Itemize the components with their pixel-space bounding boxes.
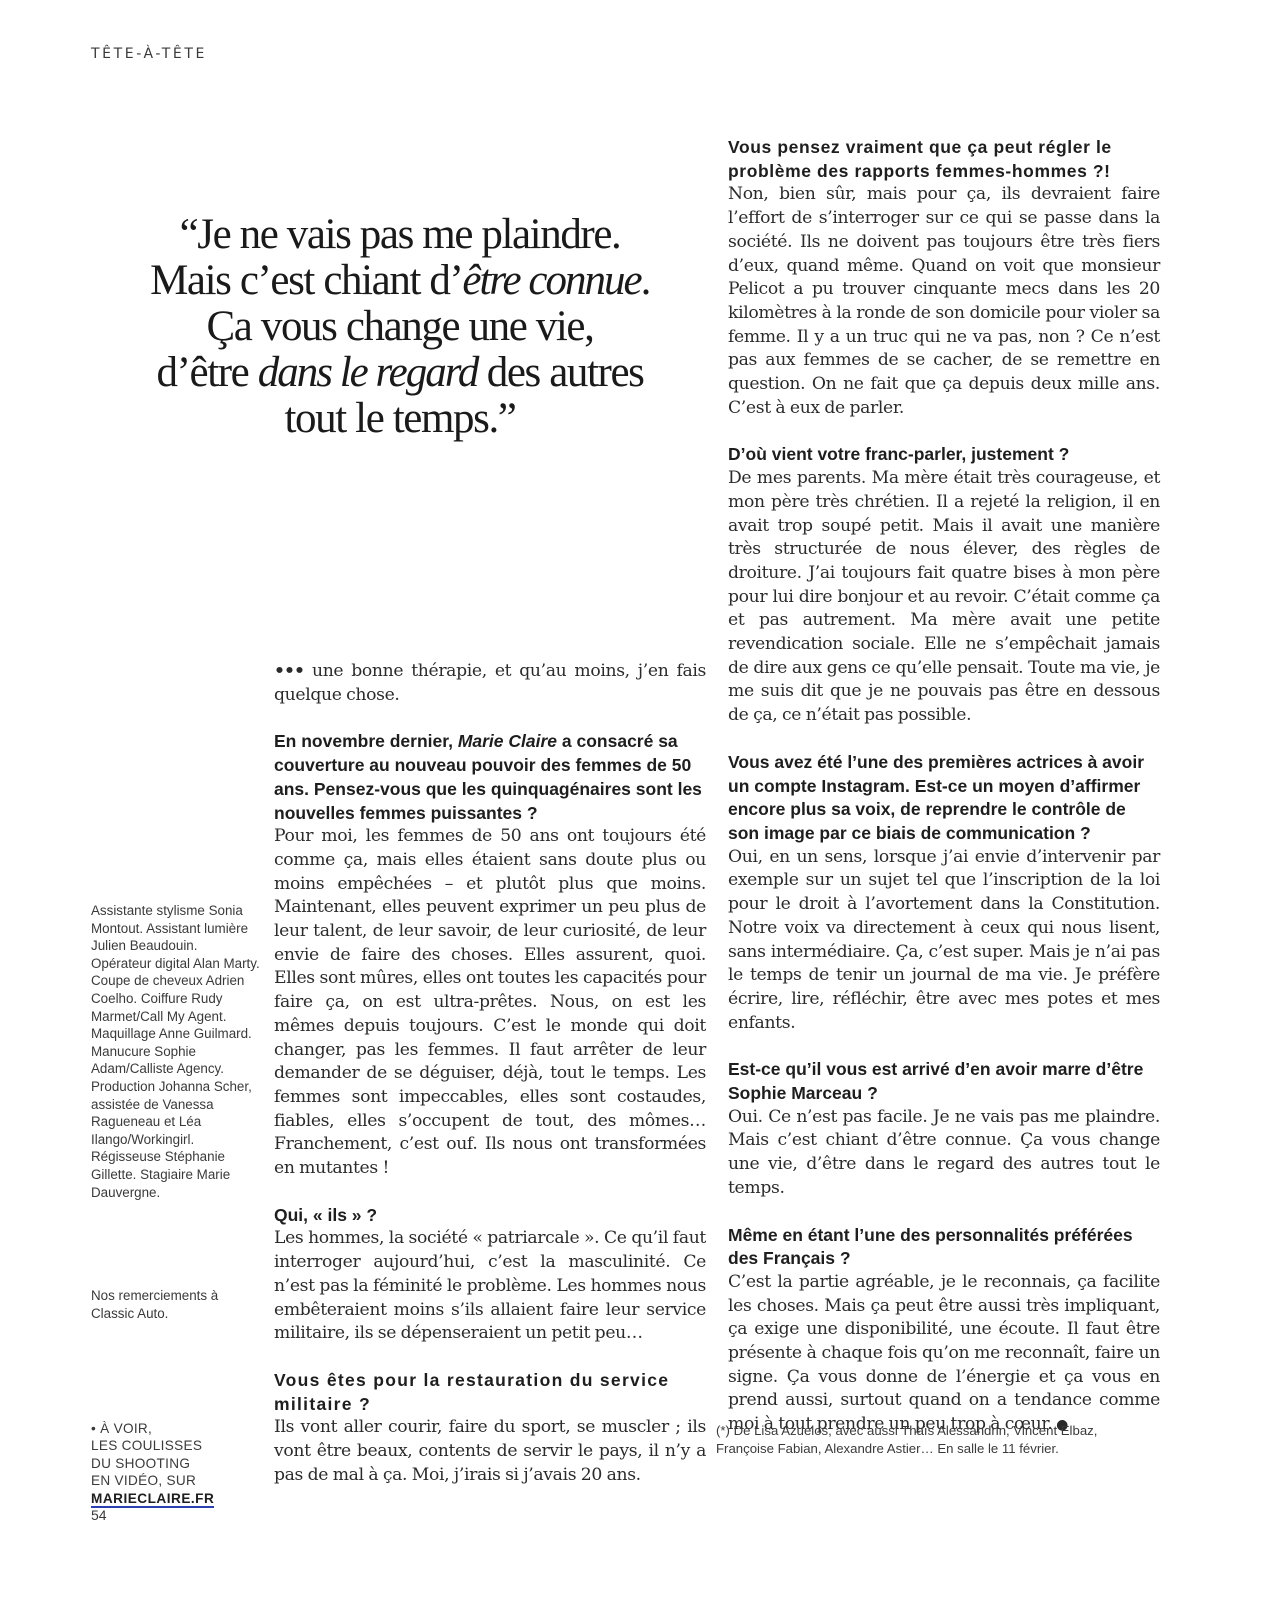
pull-quote: “Je ne vais pas me plaindre. Mais c’est … (150, 212, 650, 442)
interview-answer: Oui. Ce n’est pas facile. Je ne vais pas… (728, 1106, 1160, 1201)
pull-quote-emphasis: être connue (462, 257, 640, 304)
interview-question: Vous avez été l’une des premières actric… (728, 751, 1160, 846)
video-promo: • À VOIR, LES COULISSES DU SHOOTING EN V… (91, 1420, 261, 1507)
interview-answer: Ils vont aller courir, faire du sport, s… (274, 1416, 706, 1487)
answer-text: C’est la partie agréable, je le reconnai… (728, 1272, 1160, 1434)
promo-line: DU SHOOTING (91, 1455, 261, 1472)
pull-quote-text: . (641, 257, 650, 304)
interview-question: Vous pensez vraiment que ça peut régler … (728, 136, 1160, 183)
right-column: Vous pensez vraiment que ça peut régler … (728, 136, 1160, 1438)
interview-answer: Non, bien sûr, mais pour ça, ils devraie… (728, 183, 1160, 420)
question-text: En novembre dernier, (274, 731, 458, 751)
pull-quote-line: tout le temps.” (150, 396, 650, 442)
interview-answer: Pour moi, les femmes de 50 ans ont toujo… (274, 825, 706, 1181)
interview-answer: Les hommes, la société « patriarcale ». … (274, 1227, 706, 1346)
lead-text: une bonne thérapie, et qu’au moins, j’en… (274, 661, 706, 705)
pull-quote-text: Mais c’est chiant d’ (150, 257, 462, 304)
pull-quote-line: Ça vous change une vie, (150, 304, 650, 350)
pull-quote-line: Mais c’est chiant d’être connue. (150, 258, 650, 304)
middle-column: ••• une bonne thérapie, et qu’au moins, … (274, 660, 706, 1488)
interview-question: Vous êtes pour la restauration du servic… (274, 1369, 706, 1416)
magazine-name: Marie Claire (458, 731, 557, 751)
interview-question: Même en étant l’une des personnalités pr… (728, 1224, 1160, 1271)
pull-quote-emphasis: dans le regard (258, 349, 478, 396)
page-number: 54 (91, 1507, 107, 1523)
promo-line: EN VIDÉO, SUR (91, 1472, 261, 1489)
pull-quote-text: des autres (477, 349, 643, 396)
pull-quote-text: d’être (157, 349, 258, 396)
interview-answer: Oui, en un sens, lorsque j’ai envie d’in… (728, 846, 1160, 1036)
photo-credits: Assistante stylisme Sonia Montout. Assis… (91, 902, 261, 1201)
promo-line: • À VOIR, (91, 1420, 261, 1437)
section-label: TÊTE-À-TÊTE (91, 46, 207, 62)
interview-question: Est-ce qu’il vous est arrivé d’en avoir … (728, 1058, 1160, 1105)
continuation-dots-icon: ••• (274, 661, 304, 681)
promo-line: LES COULISSES (91, 1437, 261, 1454)
interview-question: En novembre dernier, Marie Claire a cons… (274, 730, 706, 825)
interview-question: D’où vient votre franc-parler, justement… (728, 443, 1160, 467)
interview-question: Qui, « ils » ? (274, 1204, 706, 1228)
acknowledgements: Nos remerciements à Classic Auto. (91, 1287, 261, 1322)
pull-quote-line: “Je ne vais pas me plaindre. (150, 212, 650, 258)
interview-answer: De mes parents. Ma mère était très coura… (728, 467, 1160, 728)
footnote: (*) De Lisa Azuelos, avec aussi Thaïs Al… (716, 1422, 1136, 1457)
lead-paragraph: ••• une bonne thérapie, et qu’au moins, … (274, 660, 706, 707)
interview-answer: C’est la partie agréable, je le reconnai… (728, 1271, 1160, 1438)
pull-quote-line: d’être dans le regard des autres (150, 350, 650, 396)
marieclaire-link[interactable]: MARIECLAIRE.FR (91, 1491, 214, 1508)
